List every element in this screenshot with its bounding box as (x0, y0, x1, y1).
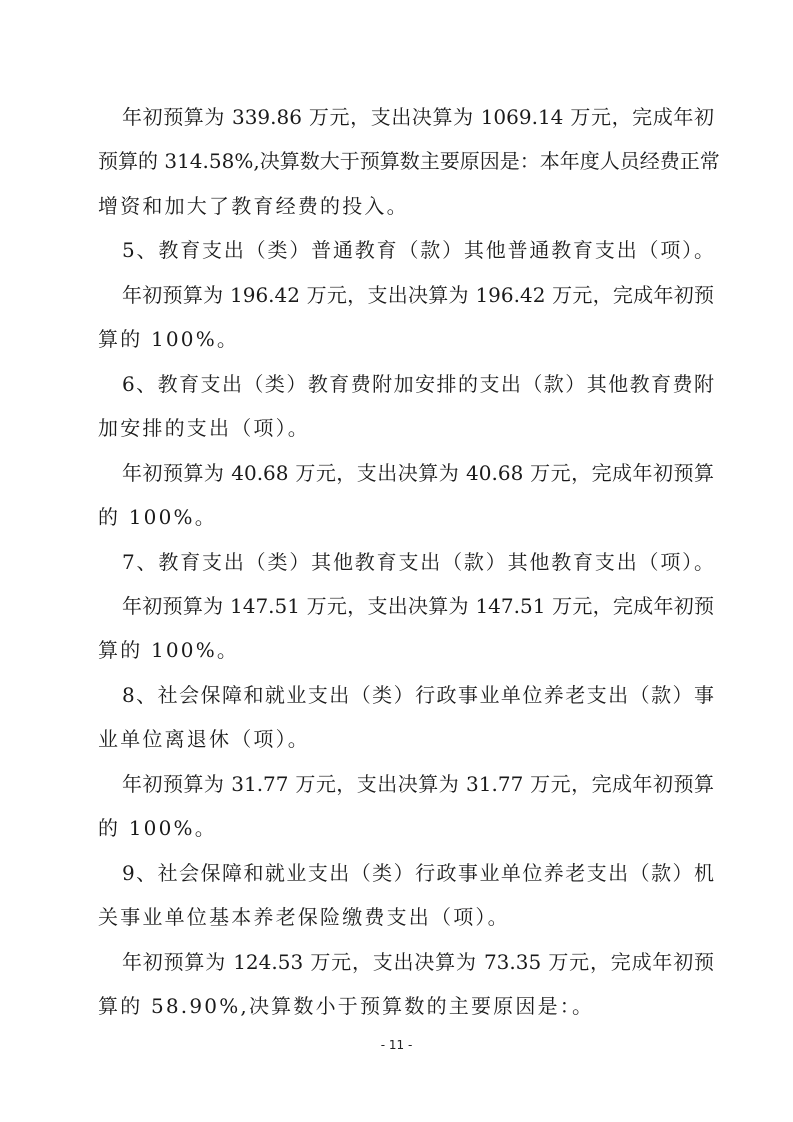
section-heading-8: 8、社会保障和就业支出（类）行政事业单位养老支出（款）事 (122, 680, 714, 710)
text-line: 算的 100%。 (98, 324, 714, 354)
text-line: 的 100%。 (98, 502, 714, 532)
text-line: 算的 58.90%,决算数小于预算数的主要原因是：。 (98, 991, 714, 1021)
text-line: 年初预算为 147.51 万元，支出决算为 147.51 万元，完成年初预 (122, 591, 714, 621)
text-line: 关事业单位基本养老保险缴费支出（项）。 (98, 902, 714, 932)
text-line: 年初预算为 339.86 万元，支出决算为 1069.14 万元，完成年初 (122, 102, 714, 132)
section-heading-9: 9、社会保障和就业支出（类）行政事业单位养老支出（款）机 (122, 858, 714, 888)
text-line: 业单位离退休（项）。 (98, 724, 714, 754)
text-line: 的 100%。 (98, 813, 714, 843)
text-line: 增资和加大了教育经费的投入。 (98, 191, 714, 221)
text-line: 算的 100%。 (98, 635, 714, 665)
document-page: 年初预算为 339.86 万元，支出决算为 1069.14 万元，完成年初 预算… (0, 0, 793, 1122)
text-line: 年初预算为 31.77 万元，支出决算为 31.77 万元，完成年初预算 (122, 769, 714, 799)
text-line: 预算的 314.58%,决算数大于预算数主要原因是：本年度人员经费正常 (98, 146, 714, 176)
text-line: 年初预算为 124.53 万元，支出决算为 73.35 万元，完成年初预 (122, 947, 714, 977)
text-line: 年初预算为 40.68 万元，支出决算为 40.68 万元，完成年初预算 (122, 458, 714, 488)
section-heading-5: 5、教育支出（类）普通教育（款）其他普通教育支出（项）。 (122, 235, 714, 265)
page-number: - 11 - (0, 1038, 793, 1052)
text-line: 年初预算为 196.42 万元，支出决算为 196.42 万元，完成年初预 (122, 280, 714, 310)
section-heading-7: 7、教育支出（类）其他教育支出（款）其他教育支出（项）。 (122, 547, 714, 577)
text-line: 加安排的支出（项）。 (98, 413, 714, 443)
section-heading-6: 6、教育支出（类）教育费附加安排的支出（款）其他教育费附 (122, 369, 714, 399)
